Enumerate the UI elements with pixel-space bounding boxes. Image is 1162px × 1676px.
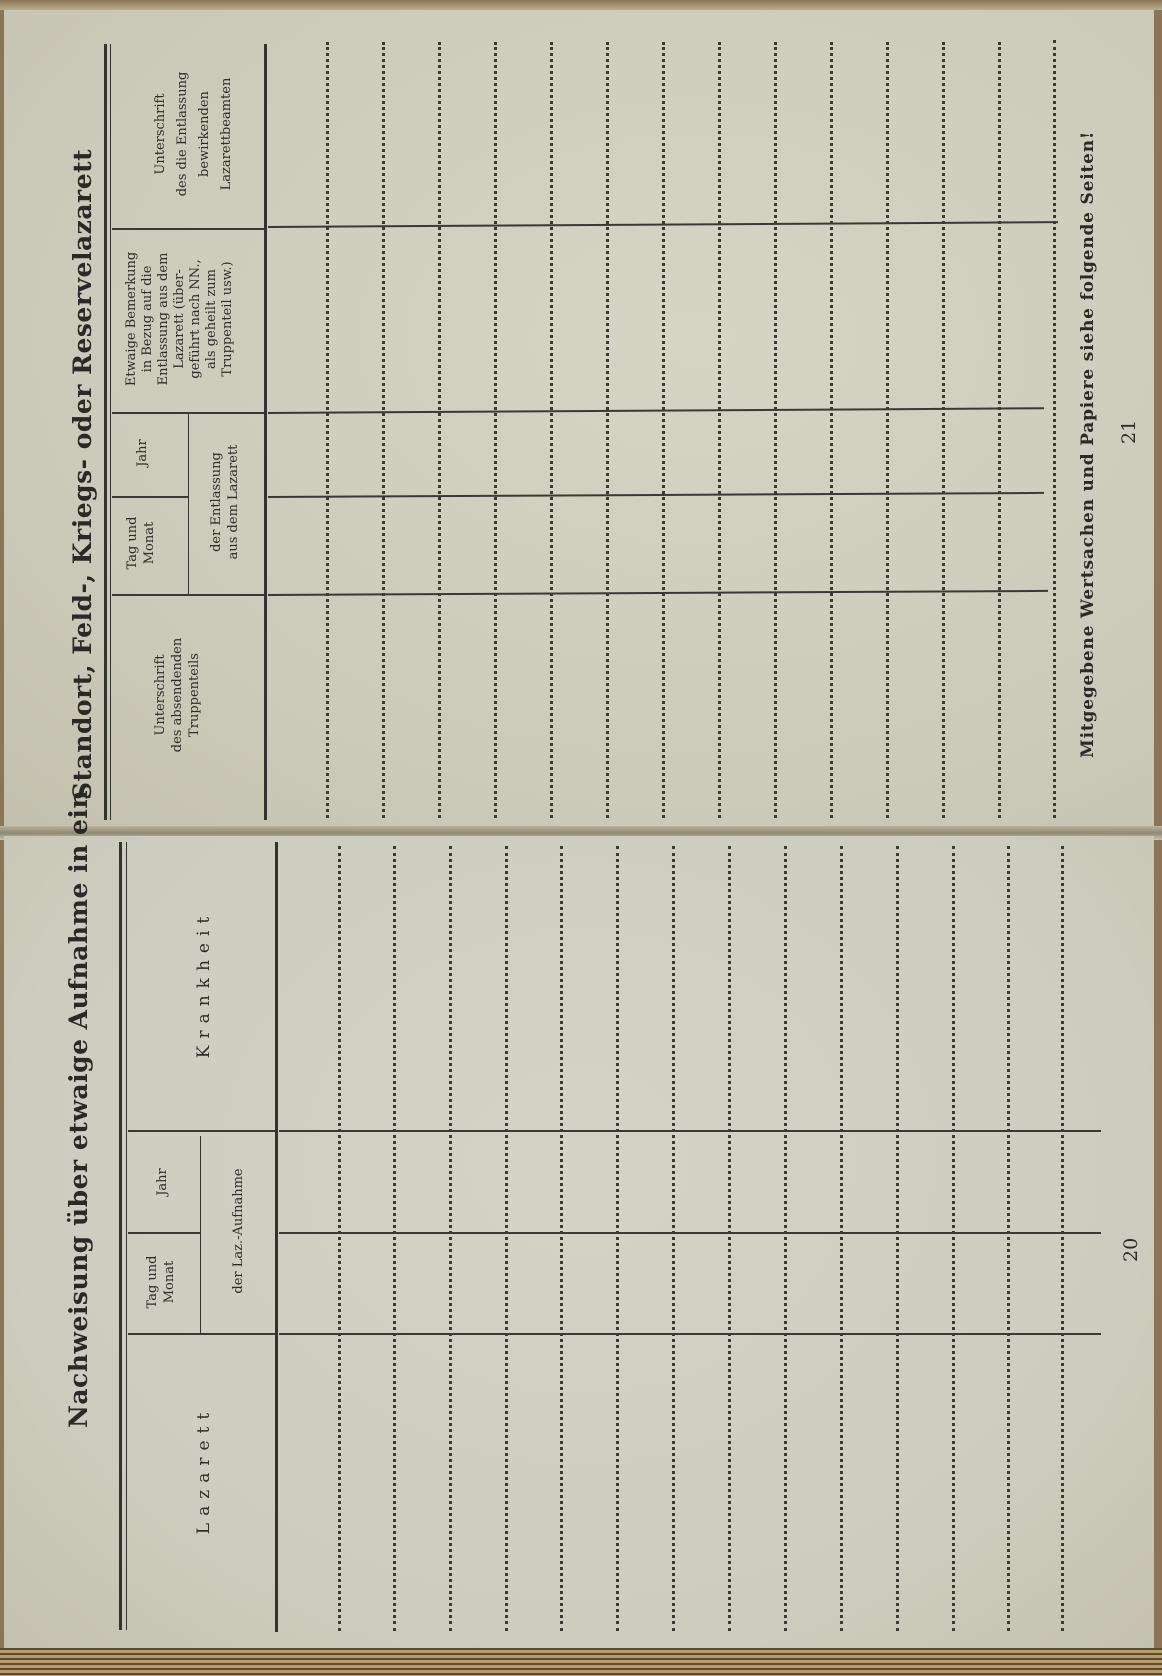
page-21-footer-note: Mitgegebene Wertsachen und Papiere siehe… xyxy=(1078,131,1098,758)
col-divider xyxy=(128,1130,275,1132)
row-dotted-line xyxy=(840,846,843,1631)
col-divider xyxy=(128,1333,275,1335)
col-divider-sub xyxy=(128,1232,200,1234)
col-header-tag-monat: Tag und Monat xyxy=(144,1236,178,1328)
row-dotted-line xyxy=(662,42,665,818)
row-dotted-line xyxy=(438,42,441,818)
row-dotted-line xyxy=(393,846,396,1631)
col-header-der-entlassung: der Entlassung aus dem Lazarett xyxy=(208,412,242,592)
row-dotted-line xyxy=(449,846,452,1631)
col-divider xyxy=(112,594,264,596)
row-dotted-line xyxy=(886,42,889,818)
row-dotted-line xyxy=(326,42,329,818)
header-double-rule-outer xyxy=(104,44,107,820)
page-21-title: Standort, Feld-, Kriegs- oder Reservelaz… xyxy=(68,149,97,800)
row-dotted-line xyxy=(774,42,777,818)
row-dotted-line xyxy=(830,42,833,818)
row-dotted-line xyxy=(606,42,609,818)
book-top-edge xyxy=(0,0,1162,10)
row-dotted-line xyxy=(952,846,955,1631)
body-col-rule xyxy=(279,1333,1101,1335)
col-header-krankheit: Krankheit xyxy=(196,844,213,1124)
header-bottom-rule xyxy=(275,842,278,1632)
col-header-jahr: Jahr xyxy=(134,413,151,493)
row-dotted-line xyxy=(728,846,731,1631)
row-dotted-line xyxy=(382,42,385,818)
col-header-jahr: Jahr xyxy=(154,1138,171,1226)
row-dotted-line xyxy=(672,846,675,1631)
row-dotted-line xyxy=(560,846,563,1631)
col-header-unterschrift-lazarettbeamten: Unterschrift des die Entlassung bewirken… xyxy=(150,44,238,224)
row-dotted-line xyxy=(1007,846,1010,1631)
book-bottom-edge xyxy=(0,1648,1162,1676)
row-dotted-line xyxy=(494,42,497,818)
row-dotted-line xyxy=(784,846,787,1631)
row-dotted-line xyxy=(896,846,899,1631)
col-header-lazarett: Lazarett xyxy=(196,1350,213,1590)
row-dotted-line xyxy=(942,42,945,818)
header-bottom-rule xyxy=(264,44,267,820)
group-split xyxy=(200,1136,201,1333)
body-col-rule xyxy=(279,1130,1101,1132)
row-dotted-line xyxy=(550,42,553,818)
header-double-rule-inner xyxy=(110,44,111,820)
row-dotted-line xyxy=(1053,40,1056,818)
row-dotted-line xyxy=(338,846,341,1631)
col-header-der-laz-aufnahme: der Laz.-Aufnahme xyxy=(230,1136,247,1326)
col-header-unterschrift-truppenteil: Unterschrift des absendenden Truppenteil… xyxy=(152,600,203,790)
page-number-21: 21 xyxy=(1118,420,1140,444)
col-header-bemerkung: Etwaige Bemerkung in Bezug auf die Entla… xyxy=(124,228,236,410)
body-col-rule xyxy=(279,1232,1101,1234)
header-double-rule-inner xyxy=(126,842,127,1630)
page-20-title: Nachweisung über etwaige Aufnahme in ein xyxy=(64,790,93,1428)
row-dotted-line xyxy=(998,42,1001,818)
col-header-tag-monat: Tag und Monat xyxy=(124,496,158,590)
group-split xyxy=(188,412,189,594)
page-number-20: 20 xyxy=(1120,1238,1142,1262)
row-dotted-line xyxy=(1061,846,1064,1631)
header-double-rule-outer xyxy=(119,842,122,1630)
row-dotted-line xyxy=(616,846,619,1631)
row-dotted-line xyxy=(718,42,721,818)
row-dotted-line xyxy=(505,846,508,1631)
